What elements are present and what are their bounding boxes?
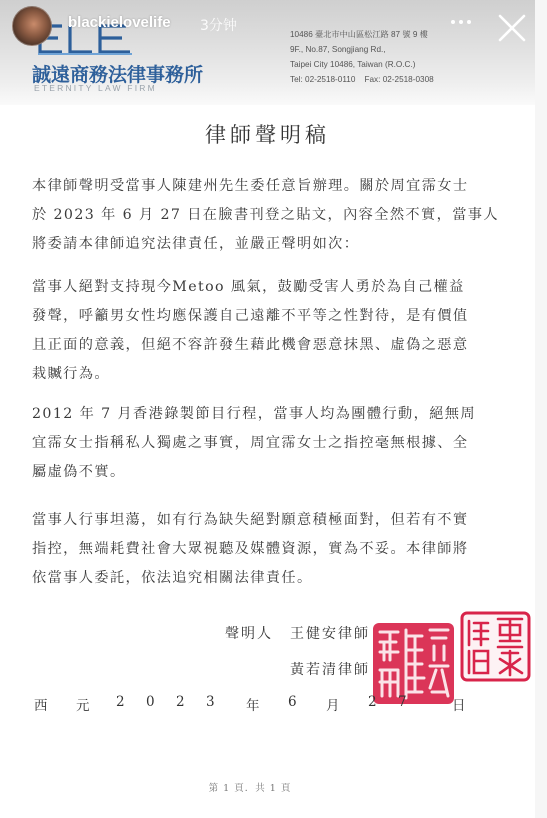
text-line: 發聲，呼籲男女性均應保護自己遠離不平等之性對待，是有價值 bbox=[32, 302, 472, 331]
text-line: 依當事人委託，依法追究相關法律責任。 bbox=[32, 564, 472, 593]
text-line: 當事人行事坦蕩，如有行為缺失絕對願意積極面對，但若有不實 bbox=[32, 506, 472, 535]
date-char: 6 bbox=[288, 694, 297, 710]
date-char: 2 bbox=[368, 694, 377, 710]
story-document-image: 誠遠商務法律事務所 ETERNITY LAW FIRM 10486 臺北市中山區… bbox=[0, 0, 535, 818]
date-char: 西 bbox=[34, 694, 48, 714]
avatar[interactable] bbox=[12, 6, 52, 46]
text-line: 栽贓行為。 bbox=[32, 360, 472, 389]
address-line: Taipei City 10486, Taiwan (R.O.C.) bbox=[290, 57, 434, 72]
more-options-button[interactable] bbox=[446, 12, 476, 32]
date-char: 3 bbox=[206, 694, 215, 710]
declaration-date: 西 元 2 0 2 3 年 6 月 2 7 日 bbox=[32, 694, 472, 714]
address-line: 9F., No.87, Songjiang Rd., bbox=[290, 42, 434, 57]
seal-stamp-icon bbox=[460, 611, 531, 682]
more-horizontal-icon bbox=[467, 20, 471, 24]
date-char: 年 bbox=[246, 694, 260, 714]
screen-edge bbox=[535, 0, 547, 818]
date-char: 日 bbox=[452, 694, 466, 714]
date-char: 元 bbox=[76, 694, 90, 714]
date-char: 7 bbox=[398, 694, 407, 710]
paragraph-2: 當事人絕對支持現今Metoo 風氣，鼓勵受害人勇於為自己權益 發聲，呼籲男女性均… bbox=[32, 273, 472, 389]
document-title: 律師聲明稿 bbox=[0, 119, 535, 149]
story-username[interactable]: blackielovelife bbox=[68, 14, 171, 31]
date-char: 2 bbox=[176, 694, 185, 710]
text-line: 將委請本律師追究法律責任，並嚴正聲明如次： bbox=[32, 230, 472, 259]
paragraph-4: 當事人行事坦蕩，如有行為缺失絕對願意積極面對，但若有不實 指控，無端耗費社會大眾… bbox=[32, 506, 472, 593]
paragraph-1: 本律師聲明受當事人陳建州先生委任意旨辦理。關於周宜霈女士 於 2023 年 6 … bbox=[32, 172, 472, 259]
more-horizontal-icon bbox=[451, 20, 455, 24]
date-char: 月 bbox=[326, 694, 340, 714]
text-line: 2012 年 7 月香港錄製節目行程，當事人均為團體行動，絕無周 bbox=[32, 400, 472, 429]
contact-line: Tel: 02-2518-0110 Fax: 02-2518-0308 bbox=[290, 72, 434, 87]
address-line: 10486 臺北市中山區松江路 87 號 9 樓 bbox=[290, 27, 434, 42]
text-line: 指控，無端耗費社會大眾視聽及媒體資源，實為不妥。本律師將 bbox=[32, 535, 472, 564]
firm-address: 10486 臺北市中山區松江路 87 號 9 樓 9F., No.87, Son… bbox=[290, 27, 434, 87]
paragraph-3: 2012 年 7 月香港錄製節目行程，當事人均為團體行動，絕無周 宜霈女士指稱私… bbox=[32, 400, 472, 487]
more-horizontal-icon bbox=[459, 20, 463, 24]
text-line: 宜霈女士指稱私人獨處之事實，周宜霈女士之指控毫無根據、全 bbox=[32, 429, 472, 458]
close-button[interactable] bbox=[492, 8, 532, 48]
text-line: 屬虛偽不實。 bbox=[32, 458, 472, 487]
text-line: 於 2023 年 6 月 27 日在臉書刊登之貼文，內容全然不實，當事人 bbox=[32, 201, 472, 230]
date-char: 2 bbox=[116, 694, 125, 710]
date-char: 0 bbox=[146, 694, 155, 710]
signer-name-2: 黃若清律師 bbox=[290, 659, 370, 679]
story-timestamp: 3分钟 bbox=[200, 15, 237, 35]
signer-name-1: 王健安律師 bbox=[290, 623, 370, 643]
firm-name-english: ETERNITY LAW FIRM bbox=[34, 83, 157, 93]
close-icon bbox=[500, 16, 524, 40]
page-number: 第 1 頁．共 1 頁 bbox=[0, 780, 500, 794]
text-line: 當事人絕對支持現今Metoo 風氣，鼓勵受害人勇於為自己權益 bbox=[32, 273, 472, 302]
seal-stamp-icon bbox=[372, 622, 455, 705]
declarant-label: 聲明人 bbox=[225, 623, 273, 643]
text-line: 且正面的意義，但絕不容許發生藉此機會惡意抹黑、虛偽之惡意 bbox=[32, 331, 472, 360]
text-line: 本律師聲明受當事人陳建州先生委任意旨辦理。關於周宜霈女士 bbox=[32, 172, 472, 201]
